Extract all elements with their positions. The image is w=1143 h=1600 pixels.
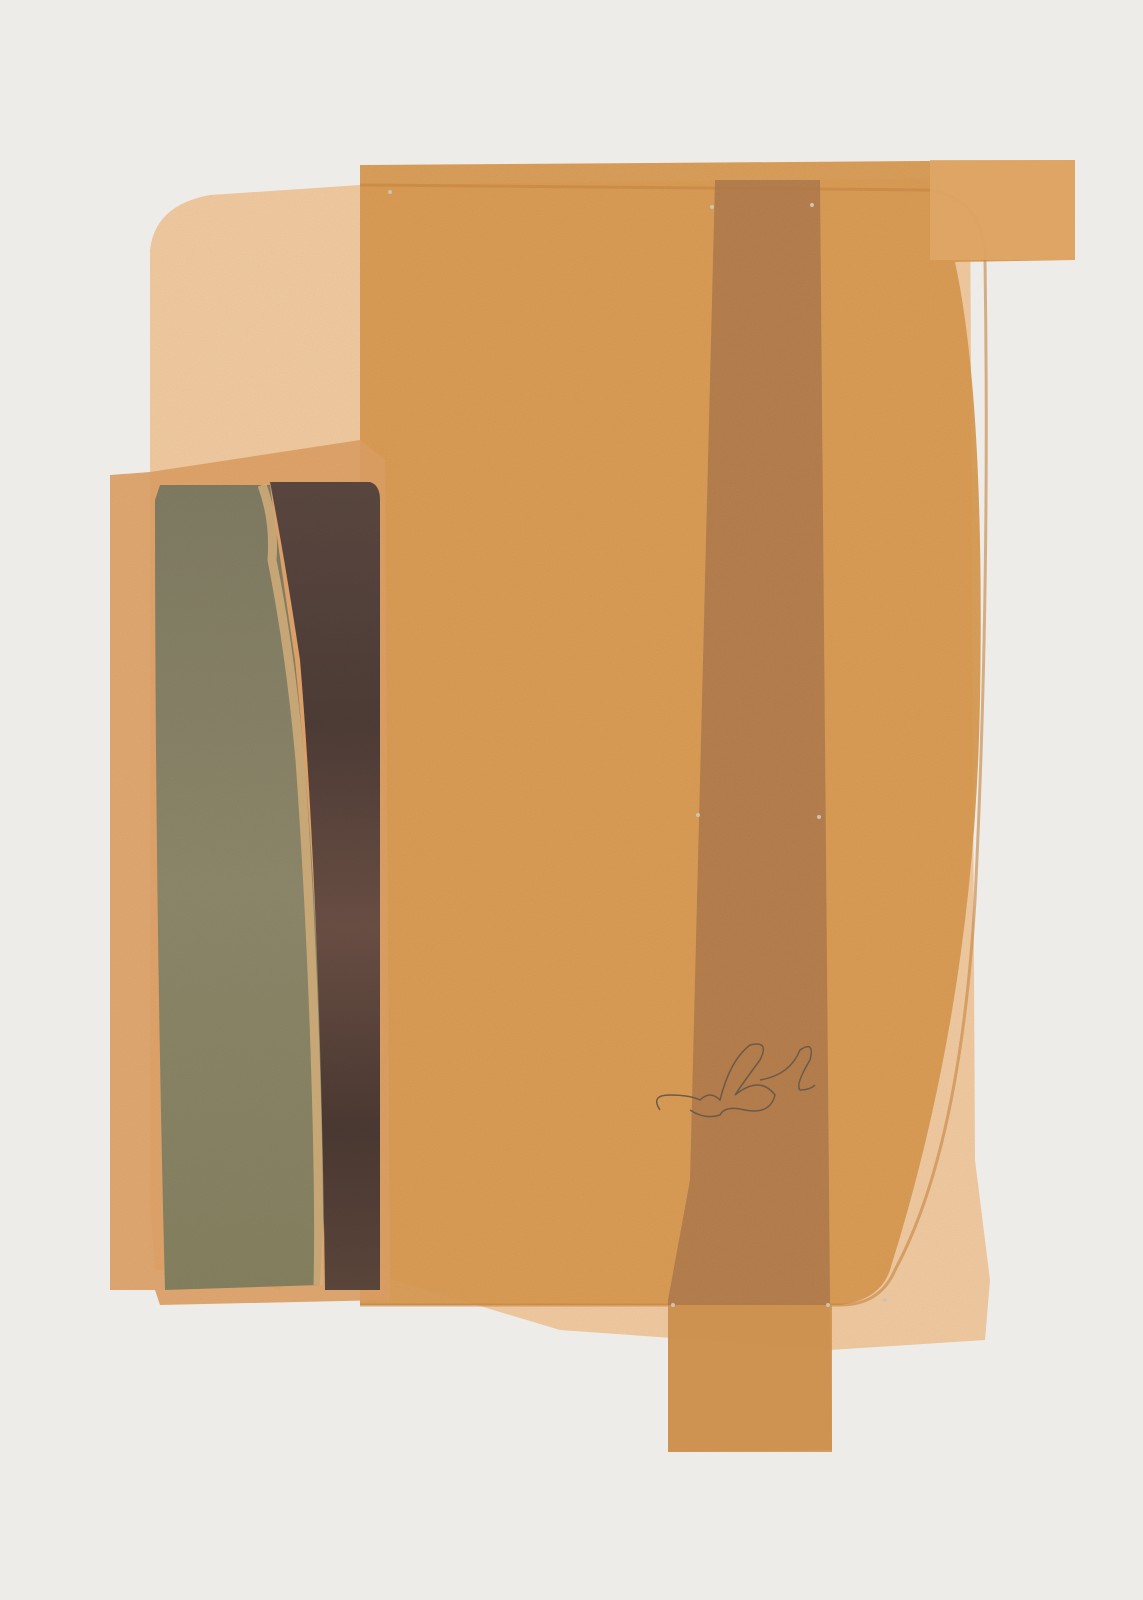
vertical-strip-lower xyxy=(668,1305,832,1452)
top-right-tab xyxy=(930,160,1075,260)
collage-artwork xyxy=(0,0,1143,1600)
artwork-canvas xyxy=(0,0,1143,1600)
